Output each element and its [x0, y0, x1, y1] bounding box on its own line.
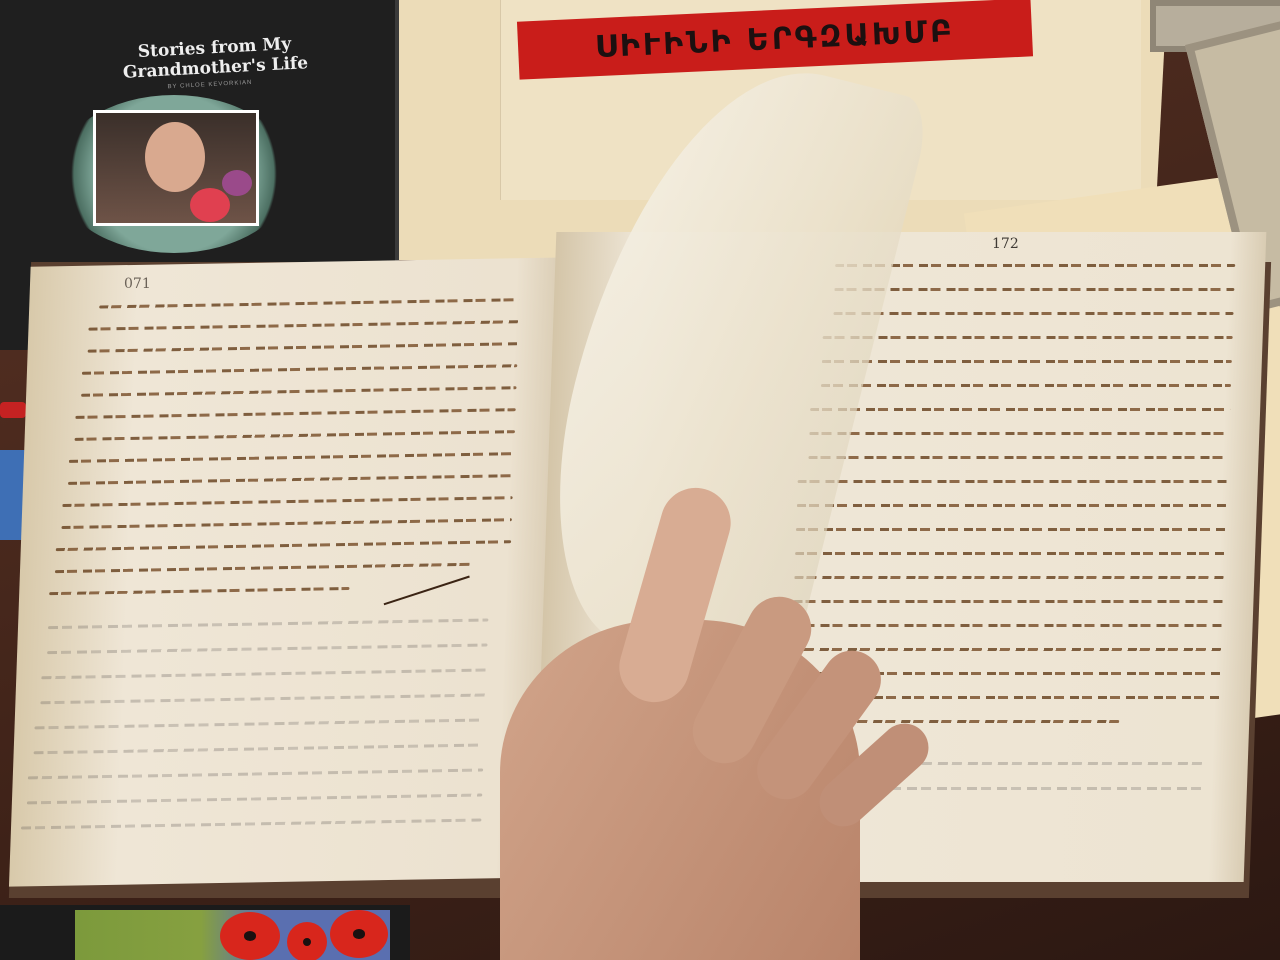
portrait-face [145, 122, 205, 192]
poppy-illustration [75, 910, 390, 960]
manuscript-left-page [9, 257, 571, 886]
flower-icon [222, 170, 252, 196]
poppy-icon [330, 910, 388, 958]
red-pen [0, 402, 26, 418]
red-label-text: ՍԻՒԻՆԻ ԵՐԳԶԱԽՄԲ [594, 13, 955, 64]
flower-icon [190, 188, 230, 222]
poppy-icon [287, 922, 327, 960]
right-page-number: 172 [992, 236, 1019, 252]
left-page-number: 071 [124, 276, 151, 292]
poppy-icon [220, 912, 280, 960]
